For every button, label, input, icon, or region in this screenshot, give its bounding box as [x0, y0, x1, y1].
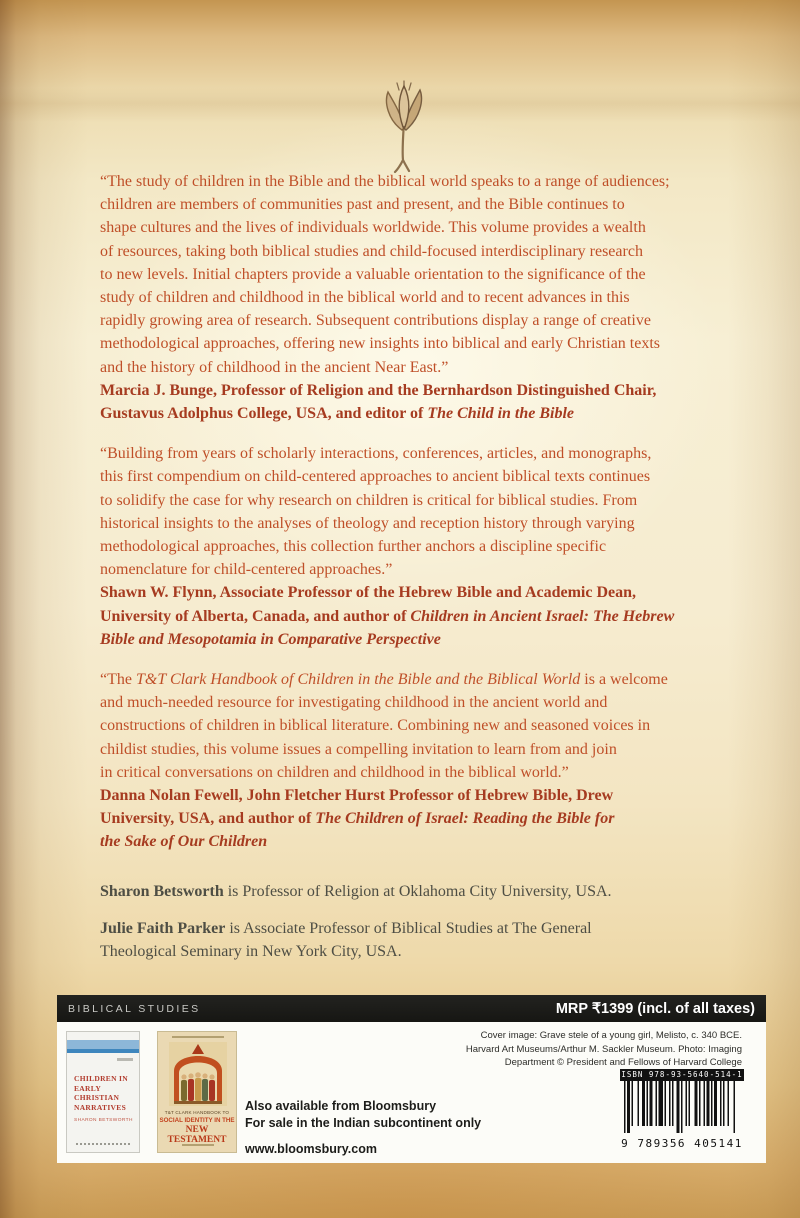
thumbnail-blue-band [67, 1040, 139, 1049]
publisher-website: www.bloomsbury.com [245, 1141, 481, 1158]
category-price-bar: BIBLICAL STUDIES MRP ₹1399 (incl. of all… [57, 995, 766, 1022]
availability-note: Also available from Bloomsbury For sale … [245, 1098, 481, 1158]
thumbnail-title: NEW TESTAMENT [158, 1125, 236, 1145]
cover-image-credits: Cover image: Grave stele of a young girl… [466, 1029, 742, 1070]
endorsement-attribution-3: Danna Nolan Fewell, John Fletcher Hurst … [100, 784, 742, 854]
category-label: BIBLICAL STUDIES [68, 1003, 201, 1015]
thumbnail-author: SHARON BETSWORTH [74, 1118, 133, 1123]
thumbnail-subtitle: SOCIAL IDENTITY IN THE [158, 1117, 236, 1124]
author-bio-parker: Julie Faith Parker is Associate Professo… [100, 917, 742, 963]
barcode-bars-icon [620, 1081, 744, 1133]
book-back-cover: “The study of children in the Bible and … [0, 0, 800, 1218]
price-label: MRP ₹1399 (incl. of all taxes) [556, 1001, 755, 1017]
thumbnail-title: CHILDREN IN EARLY CHRISTIAN NARRATIVES [74, 1074, 139, 1112]
book-thumbnail-children-early-christian: CHILDREN IN EARLY CHRISTIAN NARRATIVES S… [66, 1031, 140, 1153]
publisher-panel: CHILDREN IN EARLY CHRISTIAN NARRATIVES S… [57, 1022, 766, 1163]
thumbnail-small-print [172, 1036, 224, 1038]
endorsement-attribution-2: Shawn W. Flynn, Associate Professor of t… [100, 581, 742, 651]
thumbnail-small-print [117, 1058, 133, 1061]
barcode-digits: 9 789356 405141 [618, 1137, 746, 1150]
thumbnail-series: T&T CLARK HANDBOOK TO [158, 1110, 236, 1115]
isbn-barcode: ISBN 978-93-5640-514-1 9 789356 405141 [618, 1069, 746, 1150]
manuscript-illumination-icon [168, 1041, 228, 1107]
thumbnail-blue-strip [67, 1049, 139, 1053]
credit-line: Harvard Art Museums/Arthur M. Sackler Mu… [466, 1043, 742, 1057]
endorsement-quote-3: “The T&T Clark Handbook of Children in t… [100, 668, 742, 784]
tulip-ornament-icon [376, 80, 432, 175]
endorsement-quote-2: “Building from years of scholarly intera… [100, 442, 742, 581]
book-thumbnail-social-identity: T&T CLARK HANDBOOK TO SOCIAL IDENTITY IN… [157, 1031, 237, 1153]
endorsement-attribution-1: Marcia J. Bunge, Professor of Religion a… [100, 379, 742, 425]
availability-line: For sale in the Indian subcontinent only [245, 1115, 481, 1132]
author-bio-betsworth: Sharon Betsworth is Professor of Religio… [100, 880, 742, 903]
thumbnail-imprint-row [76, 1143, 131, 1145]
availability-line: Also available from Bloomsbury [245, 1098, 481, 1115]
isbn-label: ISBN 978-93-5640-514-1 [620, 1069, 744, 1081]
back-cover-text: “The study of children in the Bible and … [100, 170, 742, 963]
thumbnail-imprint-row [182, 1144, 214, 1146]
credit-line: Department © President and Fellows of Ha… [466, 1056, 742, 1070]
endorsement-quote-1: “The study of children in the Bible and … [100, 170, 742, 379]
credit-line: Cover image: Grave stele of a young girl… [466, 1029, 742, 1043]
